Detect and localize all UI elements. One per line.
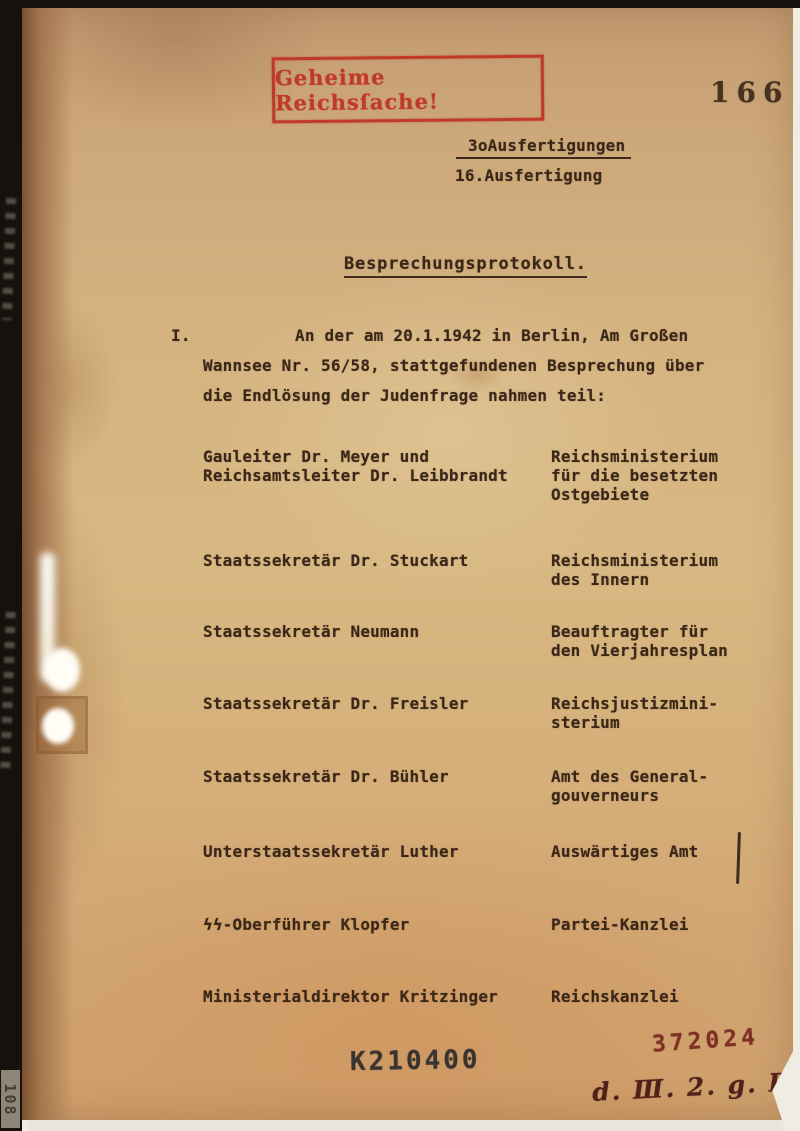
attendee-name-line: ϟϟ-Oberführer Klopfer — [203, 915, 410, 934]
attendee-org: Reichsjustizmini- sterium — [551, 694, 718, 732]
attendee-name: Staatssekretär Neumann — [203, 622, 419, 641]
attendee-org-line: Ostgebiete — [551, 485, 718, 504]
attendee-name: Staatssekretär Dr. Stuckart — [203, 551, 469, 570]
secret-classification-stamp: Geheime Reichsſache! — [272, 55, 545, 124]
secret-stamp-text: Geheime Reichsſache! — [275, 63, 542, 116]
attendee-name-line: Ministerialdirektor Kritzinger — [203, 987, 498, 1006]
attendee-name: Staatssekretär Dr. Bühler — [203, 767, 449, 786]
mount-edge-bottom — [28, 1120, 800, 1131]
attendee-org-line: Reichsministerium — [551, 551, 718, 570]
film-edge-top — [0, 0, 800, 8]
attendee-name-line: Staatssekretär Dr. Freisler — [203, 694, 469, 713]
attendee-org-line: für die besetzten — [551, 466, 718, 485]
attendee-org: Reichskanzlei — [551, 987, 679, 1006]
attendee-name: Gauleiter Dr. Meyer und Reichsamtsleiter… — [203, 447, 508, 485]
attendee-name: Unterstaatssekretär Luther — [203, 842, 459, 861]
film-edge-left — [0, 0, 22, 1131]
attendee-name-line: Staatssekretär Neumann — [203, 622, 419, 641]
film-frame-number: 108 — [1, 1072, 19, 1128]
attendee-org-line: Beauftragter für — [551, 622, 728, 641]
attendee-org: Reichsministerium für die besetzten Ostg… — [551, 447, 718, 504]
attendee-name: Staatssekretär Dr. Freisler — [203, 694, 469, 713]
scanned-document-photo: 108 Geheime Reichsſache! 166 3oAusfertig… — [0, 0, 800, 1131]
attendee-org-line: Reichsjustizmini- — [551, 694, 718, 713]
attendee-name-line: Gauleiter Dr. Meyer und — [203, 447, 508, 466]
attendee-name-line: Staatssekretär Dr. Stuckart — [203, 551, 469, 570]
intro-line: die Endlösung der Judenfrage nahmen teil… — [203, 386, 606, 405]
intro-line: An der am 20.1.1942 in Berlin, Am Großen — [295, 326, 688, 345]
mount-edge-right — [793, 10, 800, 1131]
archive-stamp-left: K210400 — [350, 1045, 481, 1077]
attendee-org-line: Amt des General- — [551, 767, 708, 786]
attendee-org: Reichsministerium des Innern — [551, 551, 718, 589]
attendee-name-line: Staatssekretär Dr. Bühler — [203, 767, 449, 786]
attendee-name-line: Unterstaatssekretär Luther — [203, 842, 459, 861]
attendee-org: Partei-Kanzlei — [551, 915, 689, 934]
attendee-org-line: den Vierjahresplan — [551, 641, 728, 660]
glare-spot — [42, 708, 74, 744]
attendee-name-line: Reichsamtsleiter Dr. Leibbrandt — [203, 466, 508, 485]
attendee-org-line: gouverneurs — [551, 786, 708, 805]
attendee-org-line: Partei-Kanzlei — [551, 915, 689, 934]
attendee-org-line: Reichsministerium — [551, 447, 718, 466]
attendee-org-line: sterium — [551, 713, 718, 732]
attendee-org-line: Auswärtiges Amt — [551, 842, 699, 861]
attendee-org-line: Reichskanzlei — [551, 987, 679, 1006]
document-title: Besprechungsprotokoll. — [344, 254, 587, 278]
copies-total: 3oAusfertigungen — [456, 136, 631, 159]
glare-spot — [44, 648, 80, 692]
attendee-org-line: des Innern — [551, 570, 718, 589]
attendee-name: ϟϟ-Oberführer Klopfer — [203, 915, 410, 934]
page-number: 166 — [710, 76, 789, 109]
copy-number: 16.Ausfertigung — [455, 166, 603, 185]
attendee-org: Auswärtiges Amt — [551, 842, 699, 861]
film-frame-label: 108 — [1, 1070, 20, 1128]
attendee-org: Beauftragter für den Vierjahresplan — [551, 622, 728, 660]
attendee-org: Amt des General- gouverneurs — [551, 767, 708, 805]
section-numeral: I. — [171, 326, 191, 345]
intro-line: Wannsee Nr. 56/58, stattgefundenen Bespr… — [203, 356, 704, 375]
attendee-name: Ministerialdirektor Kritzinger — [203, 987, 498, 1006]
